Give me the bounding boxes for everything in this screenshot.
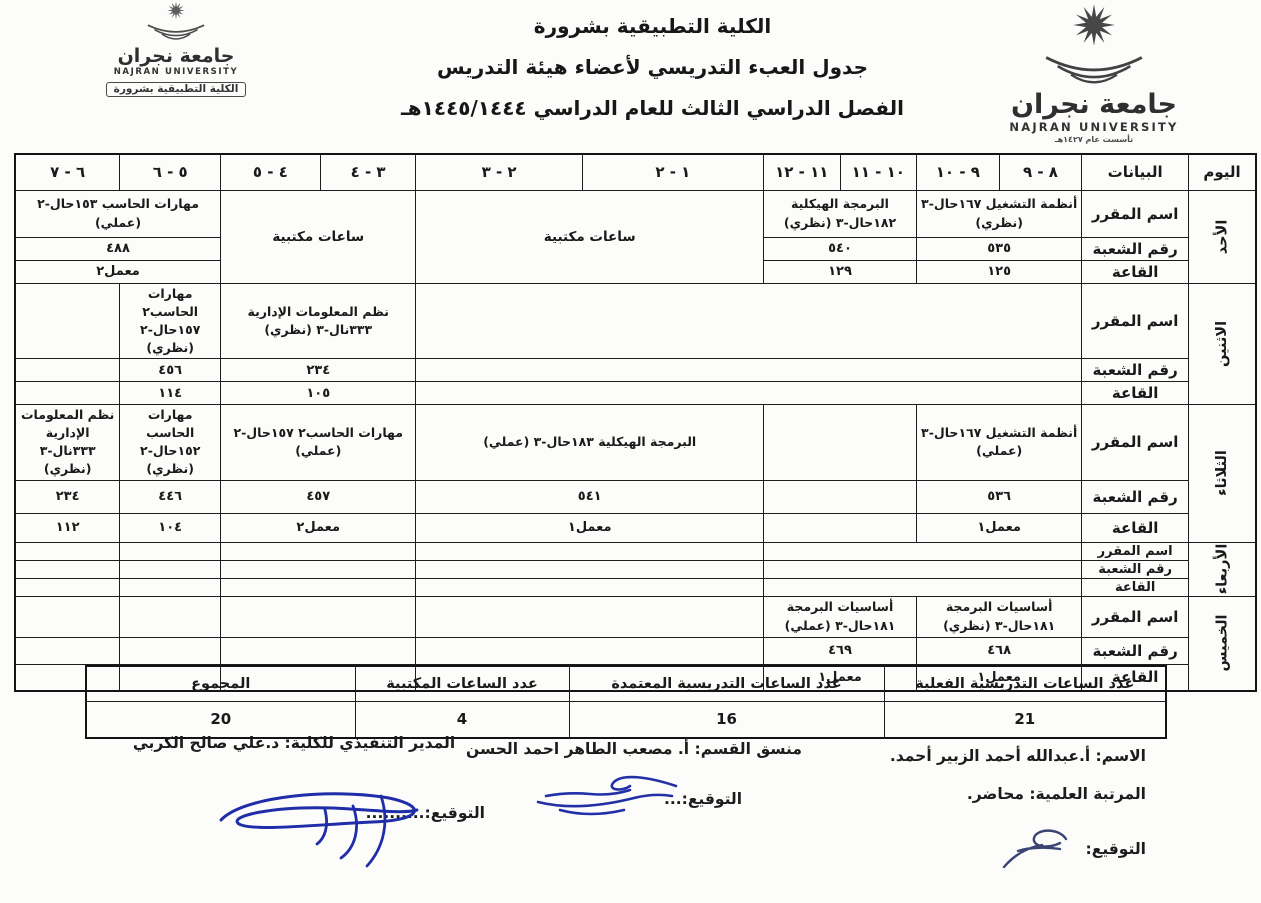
day-cell-wednesday: الأربعاء	[1189, 542, 1256, 596]
course-cell: أنظمة التشغيل ١٦٧حال-٣ (عملي)	[917, 405, 1082, 481]
empty-cell	[763, 578, 1081, 596]
empty-cell	[120, 542, 221, 560]
hour-header-5-6: ٦ - ٥	[120, 154, 221, 190]
hour-header-11-12: ١٢ - ١١	[763, 154, 840, 190]
summary-label-credit-hours: عدد الساعات التدريسية المعتمدة	[569, 666, 884, 701]
hour-header-1-2: ٢ - ١	[582, 154, 763, 190]
empty-cell	[15, 637, 120, 664]
section-cell: ٥٣٥	[917, 237, 1082, 260]
empty-cell	[763, 480, 916, 513]
university-name-arabic: جامعة نجران	[982, 90, 1206, 120]
row-label-section: رقم الشعبة	[1082, 637, 1189, 664]
wednesday-course-row: الأربعاء اسم المقرر	[15, 542, 1256, 560]
empty-cell	[15, 359, 120, 382]
empty-cell	[15, 596, 120, 637]
sunday-course-row: الأحد اسم المقرر أنظمة التشغيل ١٦٧حال-٣ …	[15, 190, 1256, 237]
course-cell: مهارات الحاسب ١٥٣حال-٢ (عملي)	[15, 190, 221, 237]
monday-course-row: الاثنين اسم المقرر نظم المعلومات الإداري…	[15, 283, 1256, 359]
room-cell: معمل٢	[221, 513, 416, 542]
data-column-header: البيانات	[1082, 154, 1189, 190]
empty-cell	[416, 560, 764, 578]
table-header-row: اليوم البيانات ٩ - ٨ ١٠ - ٩ ١١ - ١٠ ١٢ -…	[15, 154, 1256, 190]
room-cell: ١٢٩	[763, 260, 916, 283]
row-label-course: اسم المقرر	[1082, 283, 1189, 359]
signature-label: التوقيع:	[1086, 840, 1146, 858]
instructor-name-line: الاسم: أ.عبدالله أحمد الزبير أحمد.	[858, 747, 1146, 765]
coordinator-signature-block: منسق القسم: أ. مصعب الطاهر احمد الحسن ال…	[445, 740, 823, 824]
row-label-section: رقم الشعبة	[1082, 560, 1189, 578]
monday-room-row: القاعة ١٠٥ ١١٤	[15, 382, 1256, 405]
scanned-document-page: الكلية التطبيقية بشرورة جدول العبء التدر…	[0, 0, 1261, 903]
empty-cell	[416, 578, 764, 596]
wednesday-room-row: القاعة	[15, 578, 1256, 596]
summary-label-actual-hours: عدد الساعات التدريسية الفعلية	[884, 666, 1166, 701]
empty-cell	[416, 542, 764, 560]
empty-cell	[416, 283, 1082, 359]
empty-cell	[15, 542, 120, 560]
empty-cell	[15, 283, 120, 359]
empty-cell	[763, 405, 916, 481]
empty-cell	[120, 560, 221, 578]
teaching-load-schedule-table: اليوم البيانات ٩ - ٨ ١٠ - ٩ ١١ - ١٠ ١٢ -…	[14, 153, 1257, 692]
empty-cell	[416, 637, 764, 664]
empty-cell	[15, 578, 120, 596]
row-label-course: اسم المقرر	[1082, 190, 1189, 237]
course-cell: نظم المعلومات الإدارية ٣٣٣نال-٣ (نظري)	[15, 405, 120, 481]
thursday-section-row: رقم الشعبة ٤٦٨ ٤٦٩	[15, 637, 1256, 664]
empty-cell	[221, 542, 416, 560]
section-cell: ٤٦٨	[917, 637, 1082, 664]
instructor-signature-scribble-icon	[996, 823, 1082, 875]
row-label-course: اسم المقرر	[1082, 542, 1189, 560]
course-cell: مهارات الحاسب ١٥٢حال-٢ (نظري)	[120, 405, 221, 481]
summary-value-office-hours: 4	[355, 701, 569, 738]
founded-year-line: تأسست عام ١٤٢٧هـ	[982, 135, 1206, 144]
day-cell-tuesday: الثلاثاء	[1189, 405, 1256, 543]
najran-university-logo-left: جامعة نجران NAJRAN UNIVERSITY الكلية الت…	[86, 0, 266, 97]
summary-label-office-hours: عدد الساعات المكتبية	[355, 666, 569, 701]
section-cell: ٤٥٦	[120, 359, 221, 382]
section-cell: ٤٥٧	[221, 480, 416, 513]
course-cell: مهارات الحاسب٢ ١٥٧حال-٢ (نظري)	[120, 283, 221, 359]
hour-header-6-7: ٧ - ٦	[15, 154, 120, 190]
room-cell: ١٢٥	[917, 260, 1082, 283]
empty-cell	[416, 596, 764, 637]
room-cell: ١١٢	[15, 513, 120, 542]
section-cell: ٤٦٩	[763, 637, 916, 664]
summary-labels-row: عدد الساعات التدريسية الفعلية عدد الساعا…	[86, 666, 1166, 701]
tuesday-section-row: رقم الشعبة ٥٣٦ ٥٤١ ٤٥٧ ٤٤٦ ٢٣٤	[15, 480, 1256, 513]
summary-value-total: 20	[86, 701, 355, 738]
office-hours-cell: ساعات مكتبية	[416, 190, 764, 283]
office-hours-cell: ساعات مكتبية	[221, 190, 416, 283]
section-cell: ٥٣٦	[917, 480, 1082, 513]
empty-cell	[416, 382, 1082, 405]
university-name-english: NAJRAN UNIVERSITY	[86, 67, 266, 77]
day-cell-sunday: الأحد	[1189, 190, 1256, 283]
course-cell: أنظمة التشغيل ١٦٧حال-٣ (نظري)	[917, 190, 1082, 237]
summary-value-credit-hours: 16	[569, 701, 884, 738]
hour-header-4-5: ٥ - ٤	[221, 154, 321, 190]
summary-value-actual-hours: 21	[884, 701, 1166, 738]
starburst-swoosh-icon	[1039, 2, 1149, 90]
document-title: جدول العبء التدريسي لأعضاء هيئة التدريس	[400, 53, 905, 81]
room-cell: ١٠٥	[221, 382, 416, 405]
college-title: الكلية التطبيقية بشرورة	[400, 12, 905, 40]
row-label-room: القاعة	[1082, 382, 1189, 405]
empty-cell	[221, 637, 416, 664]
empty-cell	[416, 359, 1082, 382]
empty-cell	[221, 596, 416, 637]
term-line: الفصل الدراسي الثالث للعام الدراسي ١٤٤٥/…	[400, 94, 905, 122]
hour-header-9-10: ١٠ - ٩	[917, 154, 1000, 190]
instructor-signature-block: الاسم: أ.عبدالله أحمد الزبير أحمد. المرت…	[858, 747, 1160, 875]
empty-cell	[120, 578, 221, 596]
document-header: الكلية التطبيقية بشرورة جدول العبء التدر…	[400, 12, 905, 135]
empty-cell	[221, 578, 416, 596]
hour-header-10-11: ١١ - ١٠	[840, 154, 917, 190]
room-cell: معمل١	[917, 513, 1082, 542]
summary-values-row: 21 16 4 20	[86, 701, 1166, 738]
room-cell: معمل١	[416, 513, 764, 542]
section-cell: ٢٣٤	[15, 480, 120, 513]
empty-cell	[221, 560, 416, 578]
monday-section-row: رقم الشعبة ٢٣٤ ٤٥٦	[15, 359, 1256, 382]
day-cell-monday: الاثنين	[1189, 283, 1256, 405]
university-name-arabic: جامعة نجران	[86, 46, 266, 67]
section-cell: ٥٤١	[416, 480, 764, 513]
empty-cell	[763, 513, 916, 542]
section-cell: ٤٨٨	[15, 237, 221, 260]
row-label-room: القاعة	[1082, 513, 1189, 542]
empty-cell	[15, 382, 120, 405]
day-column-header: اليوم	[1189, 154, 1256, 190]
hour-header-8-9: ٩ - ٨	[999, 154, 1082, 190]
coordinator-signature-scribble-icon	[526, 768, 686, 824]
hour-header-2-3: ٣ - ٢	[416, 154, 582, 190]
thursday-course-row: الخميس اسم المقرر أساسيات البرمجة ١٨١حال…	[15, 596, 1256, 637]
university-name-english: NAJRAN UNIVERSITY	[982, 120, 1206, 134]
najran-university-logo-right: جامعة نجران NAJRAN UNIVERSITY تأسست عام …	[982, 2, 1206, 144]
section-cell: ٥٤٠	[763, 237, 916, 260]
empty-cell	[763, 560, 1081, 578]
course-cell: البرمجة الهيكلية ١٨٣حال-٣ (عملي)	[416, 405, 764, 481]
row-label-course: اسم المقرر	[1082, 596, 1189, 637]
room-cell: معمل٢	[15, 260, 221, 283]
director-title-line: المدير التنفيذي للكلية: د.علي صالح الكرب…	[95, 734, 493, 752]
coordinator-title-line: منسق القسم: أ. مصعب الطاهر احمد الحسن	[445, 740, 823, 758]
row-label-course: اسم المقرر	[1082, 405, 1189, 481]
row-label-section: رقم الشعبة	[1082, 359, 1189, 382]
course-cell: أساسيات البرمجة ١٨١حال-٣ (عملي)	[763, 596, 916, 637]
empty-cell	[120, 596, 221, 637]
row-label-section: رقم الشعبة	[1082, 237, 1189, 260]
empty-cell	[763, 542, 1081, 560]
empty-cell	[120, 637, 221, 664]
room-cell: ١٠٤	[120, 513, 221, 542]
director-signature-block: المدير التنفيذي للكلية: د.علي صالح الكرب…	[95, 734, 493, 872]
director-signature-scribble-icon	[213, 780, 443, 872]
course-cell: أساسيات البرمجة ١٨١حال-٣ (نظري)	[917, 596, 1082, 637]
college-name-badge: الكلية التطبيقية بشرورة	[106, 82, 247, 97]
course-cell: نظم المعلومات الإدارية ٣٣٣نال-٣ (نظري)	[221, 283, 416, 359]
row-label-room: القاعة	[1082, 260, 1189, 283]
room-cell: ١١٤	[120, 382, 221, 405]
row-label-room: القاعة	[1082, 578, 1189, 596]
row-label-section: رقم الشعبة	[1082, 480, 1189, 513]
section-cell: ٤٤٦	[120, 480, 221, 513]
starburst-swoosh-icon	[134, 0, 218, 46]
day-cell-thursday: الخميس	[1189, 596, 1256, 691]
instructor-rank-line: المرتبة العلمية: محاضر.	[858, 785, 1146, 803]
tuesday-room-row: القاعة معمل١ معمل١ معمل٢ ١٠٤ ١١٢	[15, 513, 1256, 542]
course-cell: مهارات الحاسب٢ ١٥٧حال-٢ (عملي)	[221, 405, 416, 481]
course-cell: البرمجة الهيكلية ١٨٢حال-٣ (نظري)	[763, 190, 916, 237]
section-cell: ٢٣٤	[221, 359, 416, 382]
summary-label-total: المجموع	[86, 666, 355, 701]
empty-cell	[15, 560, 120, 578]
tuesday-course-row: الثلاثاء اسم المقرر أنظمة التشغيل ١٦٧حال…	[15, 405, 1256, 481]
hours-summary-table: عدد الساعات التدريسية الفعلية عدد الساعا…	[85, 665, 1167, 739]
hour-header-3-4: ٤ - ٣	[320, 154, 416, 190]
wednesday-section-row: رقم الشعبة	[15, 560, 1256, 578]
